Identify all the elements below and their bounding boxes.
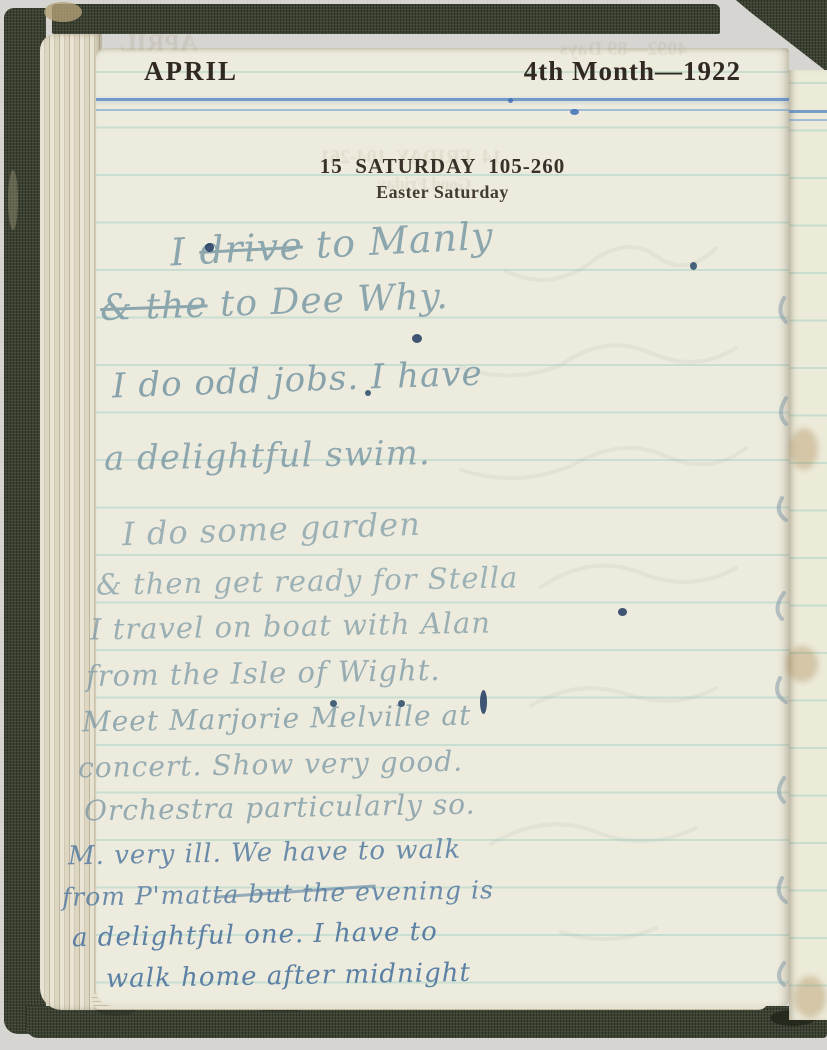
ink-blot	[690, 262, 697, 270]
ink-blot	[508, 98, 513, 103]
entry-line: I travel on boat with Alan	[90, 606, 491, 647]
entry-line: Meet Marjorie Melville at	[82, 699, 472, 739]
cover-wear-mark	[8, 170, 18, 230]
entry-line: I drive to Manly	[169, 214, 495, 275]
frayed-corner	[44, 2, 82, 22]
month-year-label: 4th Month—1922	[524, 56, 741, 87]
header-rule-sliver	[789, 110, 827, 113]
entry-line: & the to Dee Why.	[99, 276, 449, 329]
stain	[786, 646, 818, 682]
entry-line: walk home after midnight	[106, 958, 471, 994]
entry-line: & then get ready for Stella	[96, 560, 519, 601]
holiday-label: Easter Saturday	[96, 182, 789, 203]
entry-line: Orchestra particularly so.	[84, 788, 476, 828]
entry-line: I do odd jobs. I have	[111, 354, 483, 407]
book-cover-bottom-edge	[26, 1006, 827, 1038]
entry-line: concert. Show very good.	[78, 745, 464, 785]
entry-line: from the Isle of Wight.	[86, 653, 441, 693]
header-rule-2	[96, 109, 789, 111]
day-heading: 15 SATURDAY 105-260	[96, 154, 789, 179]
ink-blot	[480, 690, 487, 714]
ink-blot	[330, 700, 337, 707]
ink-blot	[618, 608, 627, 616]
stain	[794, 976, 826, 1018]
entry-line: M. very ill. We have to walk	[68, 835, 462, 872]
ink-blot	[398, 700, 405, 707]
header-rule-1	[96, 98, 789, 101]
ghost-text: APRIL	[120, 30, 198, 58]
ink-blot	[205, 243, 214, 252]
diary-photo: APRIL4092—89 Days14 FRIDAY 104-261Good F…	[0, 0, 827, 1050]
ink-blot	[412, 334, 422, 343]
diary-page: APRIL4092—89 Days14 FRIDAY 104-261Good F…	[96, 48, 789, 1006]
ink-blot	[365, 390, 371, 396]
facing-page-sliver	[789, 70, 827, 1020]
entry-line: a delightful swim.	[104, 433, 431, 479]
stain	[790, 428, 818, 470]
ink-blot	[570, 109, 579, 115]
entry-line: I do some garden	[121, 505, 421, 553]
entry-line: a delightful one. I have to	[72, 917, 438, 953]
header-rule-sliver-2	[789, 119, 827, 121]
month-label: APRIL	[144, 56, 238, 87]
